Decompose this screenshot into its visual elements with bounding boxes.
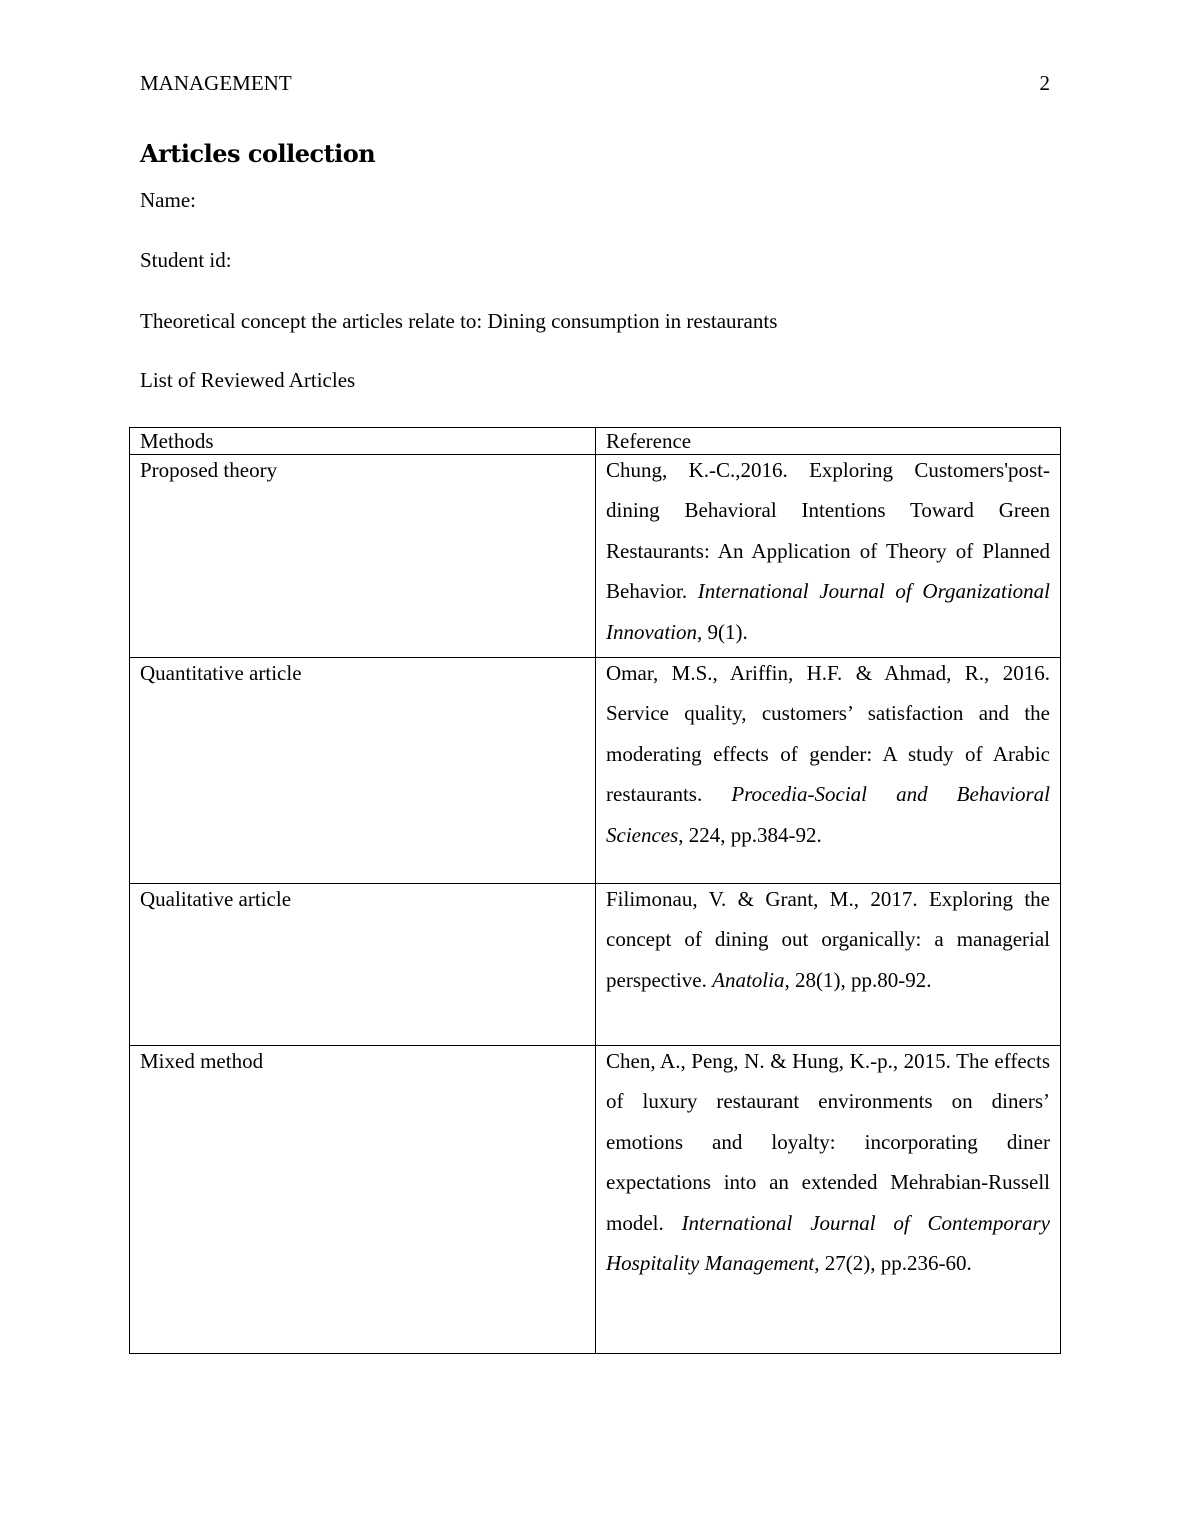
student-id-label: Student id:: [140, 248, 232, 273]
reference-cell: Filimonau, V. & Grant, M., 2017. Explori…: [606, 879, 1050, 1000]
table-row: Proposed theory Chung, K.-C.,2016. Explo…: [130, 455, 1061, 658]
journal-title: Anatolia: [712, 968, 784, 992]
running-head: MANAGEMENT: [140, 71, 292, 96]
page-number: 2: [1040, 71, 1051, 96]
method-cell: Proposed theory: [140, 455, 585, 485]
table-row: Quantitative article Omar, M.S., Ariffin…: [130, 658, 1061, 884]
document-page: MANAGEMENT 2 Articles collection Name: S…: [0, 0, 1190, 1540]
method-cell: Quantitative article: [140, 658, 585, 688]
theoretical-concept-line: Theoretical concept the articles relate …: [140, 309, 777, 334]
table-row: Mixed method Chen, A., Peng, N. & Hung, …: [130, 1046, 1061, 1354]
reference-cell: Omar, M.S., Ariffin, H.F. & Ahmad, R., 2…: [606, 653, 1050, 855]
method-cell: Qualitative article: [140, 884, 585, 914]
list-heading: List of Reviewed Articles: [140, 368, 355, 393]
header-methods: Methods: [130, 428, 596, 455]
table-row: Qualitative article Filimonau, V. & Gran…: [130, 884, 1061, 1046]
reference-cell: Chen, A., Peng, N. & Hung, K.-p., 2015. …: [606, 1041, 1050, 1283]
name-field-label: Name:: [140, 188, 196, 213]
reference-cell: Chung, K.-C.,2016. Exploring Customers'p…: [606, 450, 1050, 652]
page-title: Articles collection: [140, 139, 375, 168]
reviewed-articles-table: Methods Reference Proposed theory Chung,…: [129, 427, 1061, 1354]
method-cell: Mixed method: [140, 1046, 585, 1076]
